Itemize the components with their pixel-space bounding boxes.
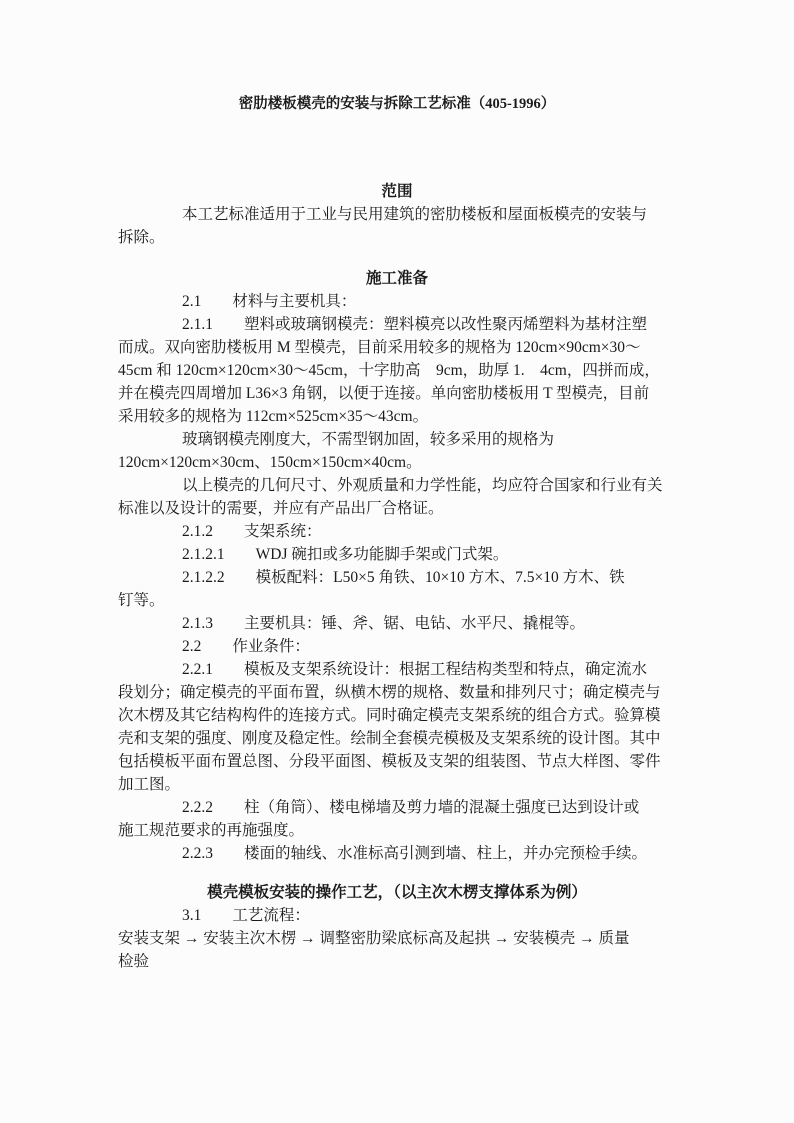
- text-line: 而成。双向密肋楼板用 M 型模壳，目前采用较多的规格为 120cm×90cm×3…: [118, 336, 676, 359]
- text-line: 2.1 材料与主要机具：: [118, 290, 676, 313]
- text-line: 2.1.1 塑料或玻璃钢模壳：塑料模亮以改性聚丙烯塑料为基材注塑: [118, 313, 676, 336]
- text-line: 120cm×120cm×30cm、150cm×150cm×40cm。: [118, 451, 676, 474]
- process-flow-line: 安装支架 → 安装主次木楞 → 调整密肋梁底标高及起拱 → 安装模壳 → 质量: [118, 927, 676, 950]
- text-line: 2.2 作业条件：: [118, 635, 676, 658]
- text-line: 2.2.3 楼面的轴线、水准标高引测到墙、柱上，并办完预检手续。: [118, 842, 676, 865]
- text-line: 包括模板平面布置总图、分段平面图、模板及支架的组装图、节点大样图、零件: [118, 750, 676, 773]
- text-line: 并在模壳四周增加 L36×3 角钢，以便于连接。单向密肋楼板用 T 型模壳，目前: [118, 382, 676, 405]
- section-preparation: 施工准备 2.1 材料与主要机具： 2.1.1 塑料或玻璃钢模壳：塑料模亮以改性…: [118, 267, 676, 865]
- text-line: 2.2.1 模板及支架系统设计：根据工程结构类型和特点，确定流水: [118, 658, 676, 681]
- text-line: 施工规范要求的再施强度。: [118, 819, 676, 842]
- text-line: 3.1 工艺流程：: [118, 904, 676, 927]
- section-preparation-heading: 施工准备: [118, 267, 676, 290]
- text-line: 标准以及设计的需要，并应有产品出厂合格证。: [118, 497, 676, 520]
- section-installation-heading: 模壳模板安装的操作工艺，（以主次木楞支撑体系为例）: [118, 881, 676, 904]
- process-flow-line: 检验: [118, 950, 676, 973]
- text-line: 2.1.3 主要机具：锤、斧、锯、电钻、水平尺、撬棍等。: [118, 612, 676, 635]
- text-line: 以上模壳的几何尺寸、外观质量和力学性能，均应符合国家和行业有关: [118, 474, 676, 497]
- text-line: 加工图。: [118, 773, 676, 796]
- text-line: 拆除。: [118, 226, 676, 249]
- text-line: 钉等。: [118, 589, 676, 612]
- section-installation: 模壳模板安装的操作工艺，（以主次木楞支撑体系为例） 3.1 工艺流程： 安装支架…: [118, 881, 676, 973]
- text-line: 2.1.2.1 WDJ 碗扣或多功能脚手架或门式架。: [118, 543, 676, 566]
- text-line: 本工艺标准适用于工业与民用建筑的密肋楼板和屋面板模壳的安装与: [118, 203, 676, 226]
- text-line: 2.2.2 柱（角筒）、楼电梯墙及剪力墙的混凝土强度已达到设计或: [118, 796, 676, 819]
- text-line: 采用较多的规格为 112cm×525cm×35～43cm。: [118, 405, 676, 428]
- section-scope: 范围 本工艺标准适用于工业与民用建筑的密肋楼板和屋面板模壳的安装与 拆除。: [118, 180, 676, 249]
- document-page: 密肋楼板模壳的安装与拆除工艺标准（405-1996） 范围 本工艺标准适用于工业…: [0, 0, 794, 1123]
- text-line: 段划分；确定模壳的平面布置，纵横木楞的规格、数量和排列尺寸；确定模壳与: [118, 681, 676, 704]
- text-line: 2.1.2.2 模板配料：L50×5 角铁、10×10 方木、7.5×10 方木…: [118, 566, 676, 589]
- document-title: 密肋楼板模壳的安装与拆除工艺标准（405-1996）: [118, 92, 676, 116]
- text-line: 2.1.2 支架系统：: [118, 520, 676, 543]
- text-line: 玻璃钢模壳刚度大，不需型钢加固，较多采用的规格为: [118, 428, 676, 451]
- text-line: 45cm 和 120cm×120cm×30～45cm，十字肋高 9cm，助厚 1…: [118, 359, 676, 382]
- text-line: 次木楞及其它结构构件的连接方式。同时确定模壳支架系统的组合方式。验算模: [118, 704, 676, 727]
- text-line: 壳和支架的强度、刚度及稳定性。绘制全套模壳模极及支架系统的设计图。其中: [118, 727, 676, 750]
- section-scope-heading: 范围: [118, 180, 676, 203]
